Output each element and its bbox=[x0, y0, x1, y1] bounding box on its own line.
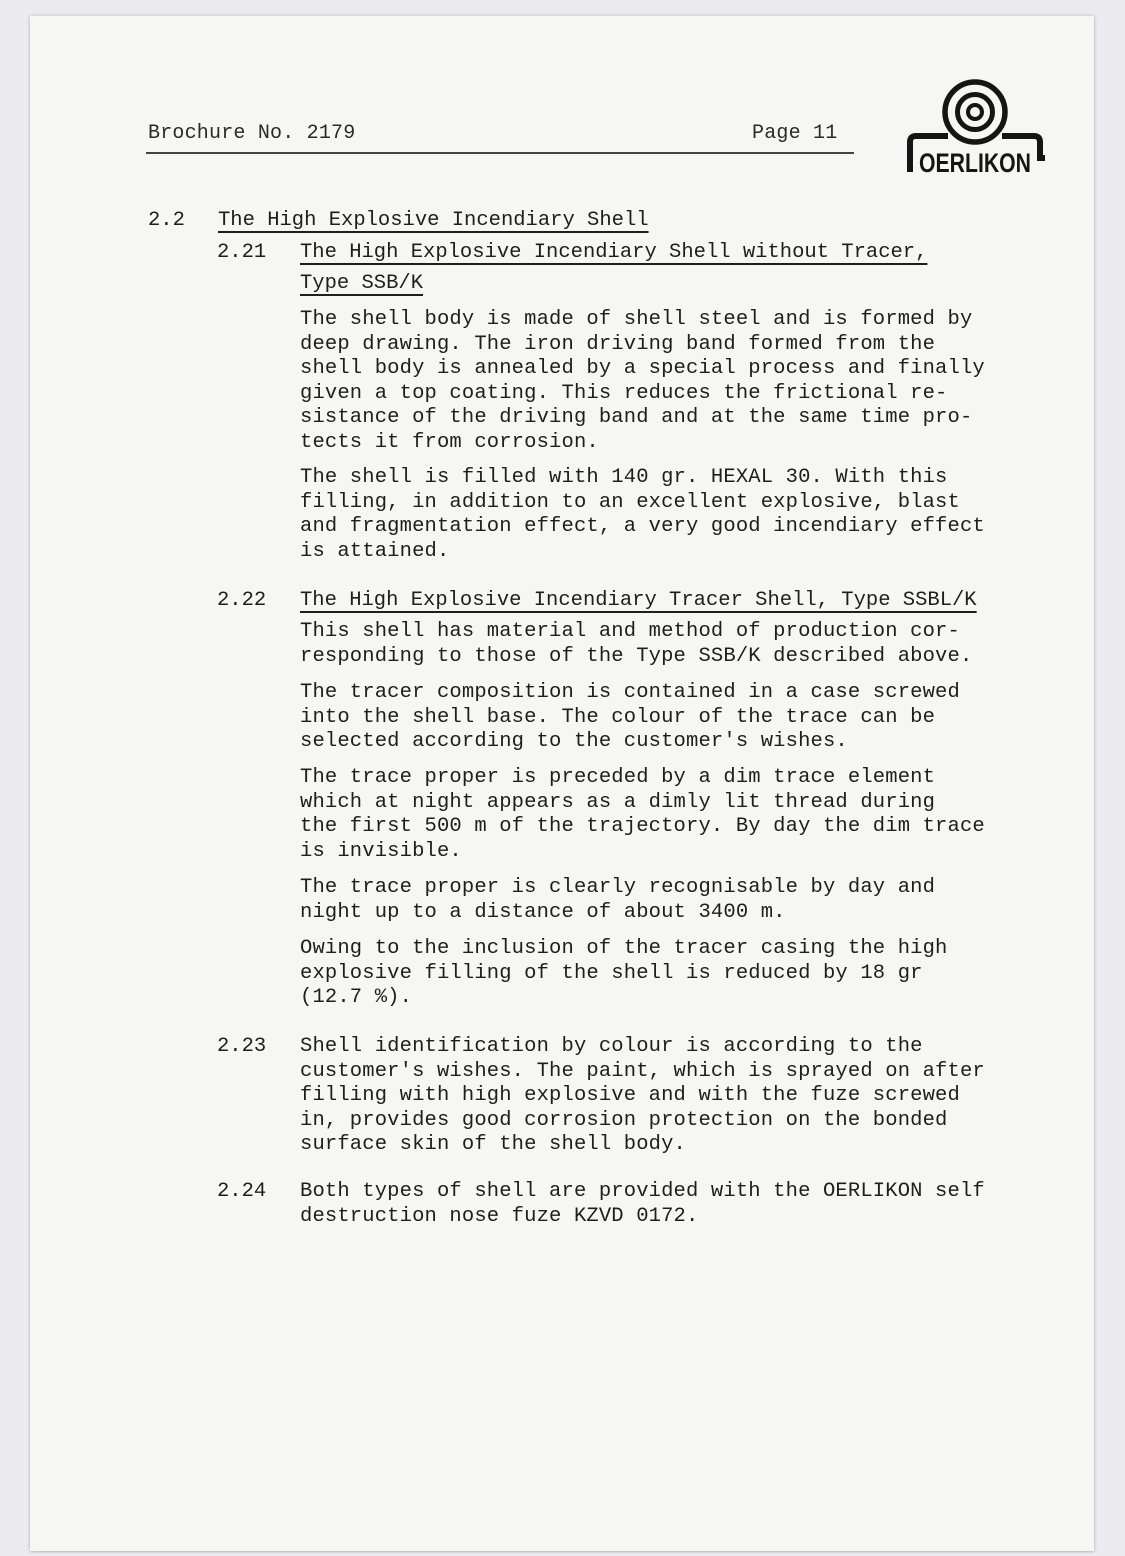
header-rule bbox=[146, 152, 854, 154]
paragraph-tracer-composition: The tracer composition is contained in a… bbox=[300, 681, 960, 755]
page-number: Page 11 bbox=[752, 122, 837, 145]
paragraph-trace-distance: The trace proper is clearly recognisable… bbox=[300, 876, 935, 925]
paragraph-dim-trace: The trace proper is preceded by a dim tr… bbox=[300, 766, 985, 864]
subsection-title-2-21-line1: The High Explosive Incendiary Shell with… bbox=[300, 241, 927, 266]
logo-wordmark: OERLIKON bbox=[919, 148, 1031, 176]
paragraph-identification: Shell identification by colour is accord… bbox=[300, 1035, 985, 1158]
subsection-number-2-21: 2.21 bbox=[217, 241, 266, 264]
section-title: The High Explosive Incendiary Shell bbox=[218, 209, 649, 234]
paragraph-filling-reduction: Owing to the inclusion of the tracer cas… bbox=[300, 937, 948, 1011]
paragraph-shell-body: The shell body is made of shell steel an… bbox=[300, 308, 985, 455]
oerlikon-logo-icon: OERLIKON bbox=[902, 78, 1048, 176]
paragraph-material: This shell has material and method of pr… bbox=[300, 620, 972, 669]
subsection-title-2-22: The High Explosive Incendiary Tracer She… bbox=[300, 589, 977, 614]
subsection-number-2-24: 2.24 bbox=[217, 1180, 266, 1203]
paragraph-fuze: Both types of shell are provided with th… bbox=[300, 1180, 985, 1229]
brochure-number: Brochure No. 2179 bbox=[148, 122, 355, 145]
subsection-title-2-21-line2: Type SSB/K bbox=[300, 272, 423, 297]
section-number: 2.2 bbox=[148, 209, 185, 232]
subsection-number-2-22: 2.22 bbox=[217, 589, 266, 612]
paragraph-filling: The shell is filled with 140 gr. HEXAL 3… bbox=[300, 466, 985, 564]
subsection-number-2-23: 2.23 bbox=[217, 1035, 266, 1058]
